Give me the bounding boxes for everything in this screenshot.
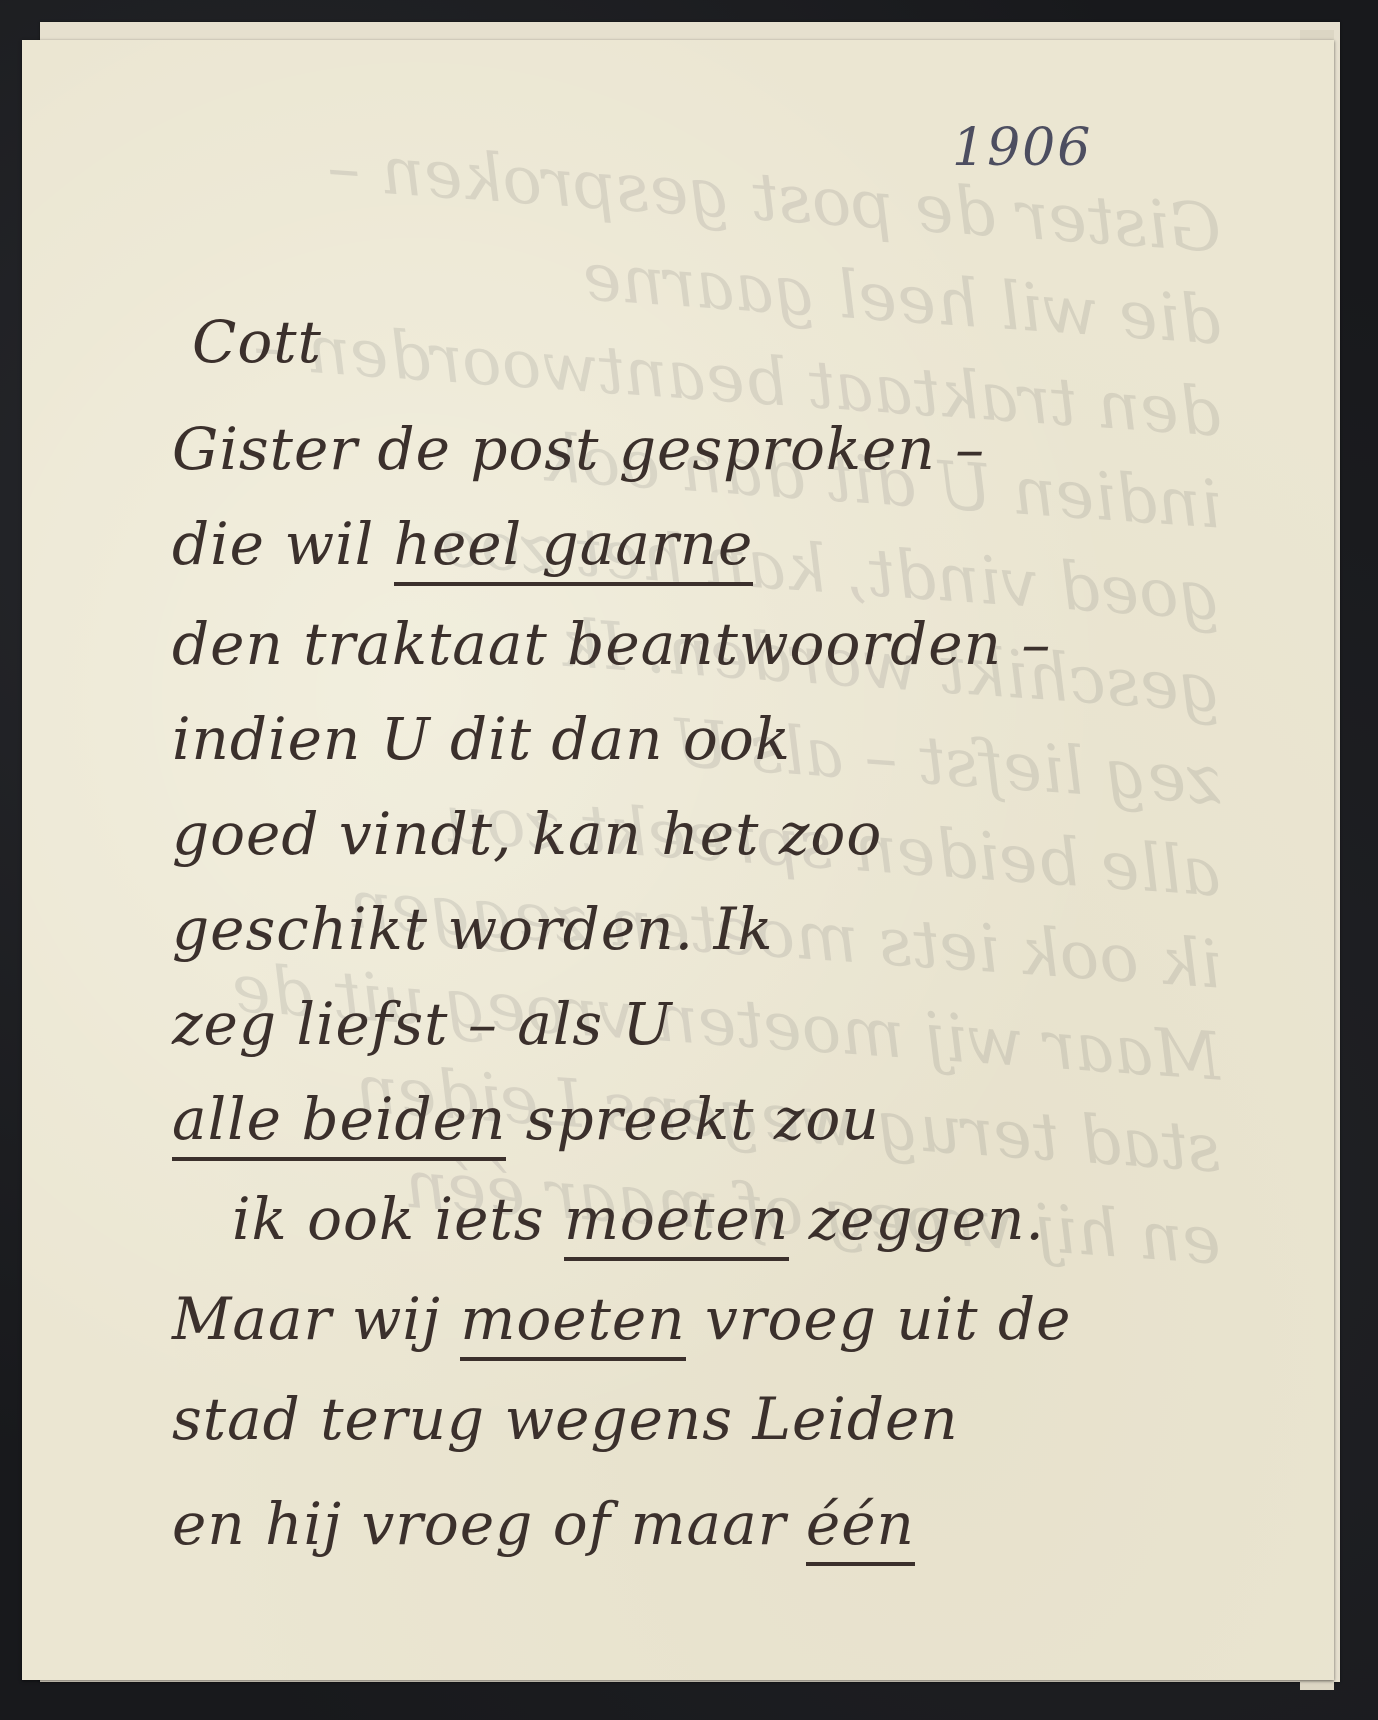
text: vroeg uit de (686, 1285, 1072, 1353)
letter-line-12: en hij vroeg of maar één (172, 1490, 915, 1558)
underlined-text: moeten (564, 1185, 789, 1261)
bleed-line: die wil heel gaarne (540, 228, 1225, 367)
letter-line-9: ik ook iets moeten zeggen. (232, 1185, 1045, 1253)
year-annotation: 1906 (952, 118, 1092, 178)
letter-line-8: alle beiden spreekt zou (172, 1085, 880, 1153)
text: en hij vroeg of maar (172, 1490, 806, 1558)
bleed-line: Gister de post gesproken – (540, 136, 1225, 275)
letter-line-2: die wil heel gaarne (172, 510, 753, 578)
letter-line-4: indien U dit dan ook (172, 705, 791, 773)
salutation: Cott (192, 308, 322, 376)
text: zeggen. (789, 1185, 1045, 1253)
underlined-text: alle beiden (172, 1085, 506, 1161)
underlined-text: heel gaarne (394, 510, 754, 586)
text: Maar wij (172, 1285, 460, 1353)
text: spreekt zou (506, 1085, 879, 1153)
underlined-text: één (806, 1490, 915, 1566)
underlined-text: moeten (460, 1285, 685, 1361)
letter-line-6: geschikt worden. Ik (172, 895, 774, 963)
letter-page: Gister de post gesproken – die wil heel … (22, 40, 1334, 1680)
text: die wil (172, 510, 394, 578)
letter-line-1: Gister de post gesproken – (172, 415, 985, 483)
letter-line-10: Maar wij moeten vroeg uit de (172, 1285, 1071, 1353)
letter-line-11: stad terug wegens Leiden (172, 1385, 959, 1453)
letter-line-5: goed vindt, kan het zoo (172, 800, 882, 868)
text: ik ook iets (232, 1185, 564, 1253)
letter-line-7: zeg liefst – als U (172, 990, 673, 1058)
letter-line-3: den traktaat beantwoorden – (172, 610, 1051, 678)
